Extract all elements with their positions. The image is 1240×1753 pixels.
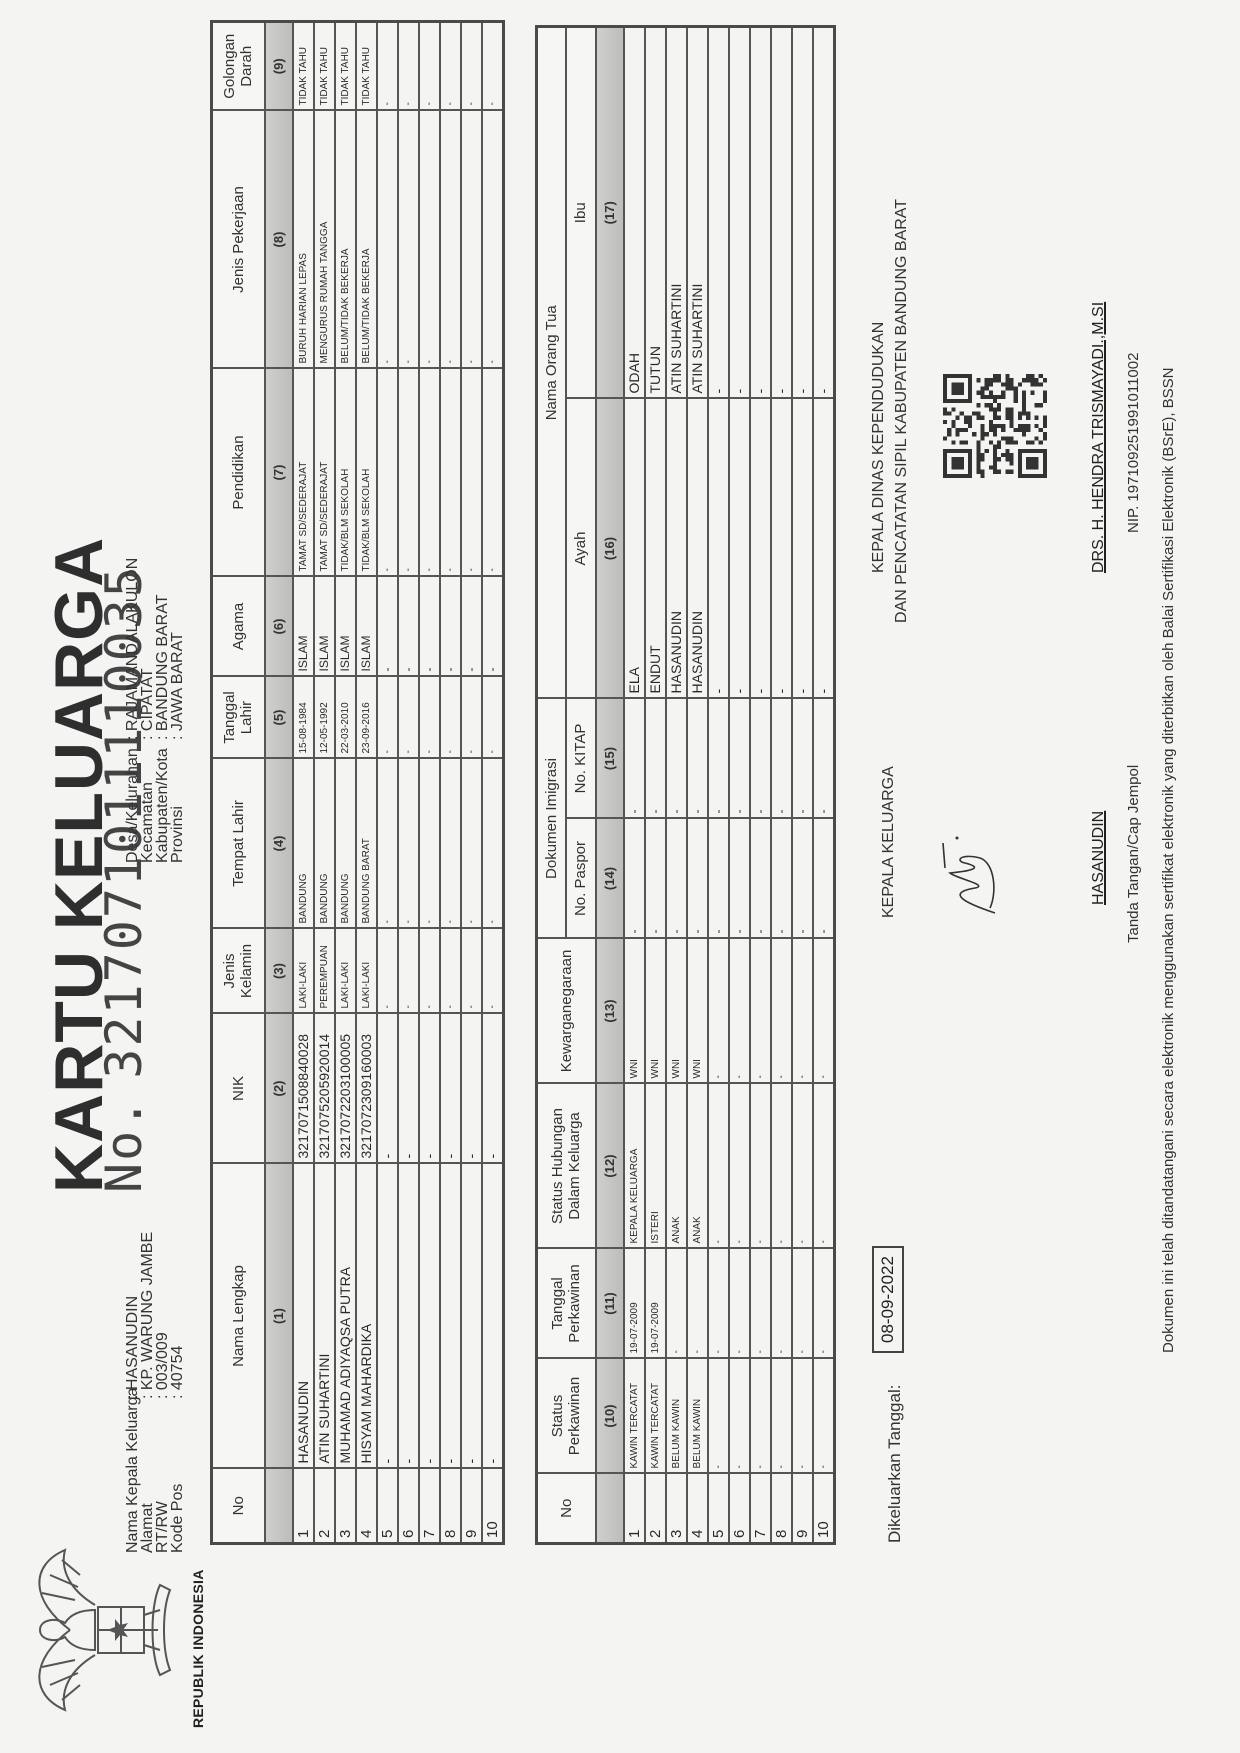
- members-table-column-numbers: (1)(2)(3)(4)(5)(6)(7)(8)(9): [265, 22, 293, 1544]
- table-cell: -: [813, 1359, 835, 1474]
- col-number: (2): [265, 1014, 293, 1164]
- family-head-title: KEPALA KELUARGA: [880, 766, 898, 918]
- table-row: 1KAWIN TERCATAT19-07-2009KEPALA KELUARGA…: [624, 27, 645, 1544]
- table-cell: -: [377, 759, 398, 929]
- table-cell: -: [750, 1359, 771, 1474]
- table-cell: -: [624, 699, 645, 819]
- table-cell: BANDUNG: [335, 759, 356, 929]
- col-ayah: Ayah: [566, 399, 596, 699]
- table-cell: -: [750, 939, 771, 1084]
- table-cell: ELA: [624, 399, 645, 699]
- table-cell: -: [729, 939, 750, 1084]
- status-table-body: 1KAWIN TERCATAT19-07-2009KEPALA KELUARGA…: [624, 27, 835, 1544]
- table-row: 2KAWIN TERCATAT19-07-2009ISTERIWNI--ENDU…: [645, 27, 666, 1544]
- table-cell: ISLAM: [356, 577, 377, 677]
- table-cell: 7: [419, 1469, 440, 1544]
- col-number: [265, 1469, 293, 1544]
- table-cell: -: [482, 369, 504, 577]
- table-cell: 1: [293, 1469, 314, 1544]
- table-cell: -: [708, 939, 729, 1084]
- table-cell: -: [419, 369, 440, 577]
- col-group-nama-orang-tua: Nama Orang Tua: [537, 27, 566, 699]
- family-head-info: Nama Kepala KeluargaHASANUDIN AlamatKP. …: [125, 1232, 185, 1553]
- table-cell: 8: [771, 1474, 792, 1544]
- table-cell: 15-08-1984: [293, 677, 314, 759]
- table-cell: 2: [645, 1474, 666, 1544]
- table-cell: ATIN SUHARTINI: [314, 1164, 335, 1469]
- table-cell: -: [666, 699, 687, 819]
- table-cell: BANDUNG: [293, 759, 314, 929]
- col-number: (15): [596, 699, 624, 819]
- table-cell: -: [398, 22, 419, 111]
- col-number: (3): [265, 929, 293, 1014]
- table-row: 7--------: [750, 27, 771, 1544]
- table-cell: -: [708, 1359, 729, 1474]
- table-cell: 22-03-2010: [335, 677, 356, 759]
- table-cell: 12-05-1992: [314, 677, 335, 759]
- kk-number-label: No.: [95, 1097, 153, 1193]
- table-row: 3BELUM KAWIN-ANAKWNI--HASANUDINATIN SUHA…: [666, 27, 687, 1544]
- table-cell: -: [482, 1014, 504, 1164]
- table-cell: ATIN SUHARTINI: [666, 27, 687, 399]
- table-cell: WNI: [666, 939, 687, 1084]
- official-nip: NIP. 197109251991011002: [1125, 353, 1142, 533]
- info-row-head-name: Nama Kepala KeluargaHASANUDIN: [125, 1232, 140, 1553]
- table-cell: -: [708, 1249, 729, 1359]
- info-row-rtrw: RT/RW003/009: [155, 1232, 170, 1553]
- table-cell: -: [645, 699, 666, 819]
- col-number: (11): [596, 1249, 624, 1359]
- table-cell: -: [708, 819, 729, 939]
- table-cell: -: [729, 699, 750, 819]
- col-number: (12): [596, 1084, 624, 1249]
- table-cell: -: [708, 699, 729, 819]
- table-cell: -: [377, 577, 398, 677]
- table-cell: 4: [687, 1474, 708, 1544]
- issued-date: 08-09-2022: [872, 1246, 904, 1353]
- col-header: NIK: [212, 1014, 265, 1164]
- table-cell: 5: [377, 1469, 398, 1544]
- table-cell: LAKI-LAKI: [293, 929, 314, 1014]
- status-table-header-top: No Status Perkawinan Tanggal Perkawinan …: [537, 27, 566, 1544]
- table-cell: -: [482, 111, 504, 369]
- col-number: [596, 1474, 624, 1544]
- table-cell: -: [440, 111, 461, 369]
- table-cell: -: [419, 22, 440, 111]
- table-cell: -: [813, 819, 835, 939]
- table-cell: LAKI-LAKI: [356, 929, 377, 1014]
- col-header: No: [212, 1469, 265, 1544]
- table-cell: ISLAM: [335, 577, 356, 677]
- table-cell: WNI: [645, 939, 666, 1084]
- table-cell: 3217071508840028: [293, 1014, 314, 1164]
- table-cell: -: [482, 677, 504, 759]
- official-name: DRS. H. HENDRA TRISMAYADI.,M.SI: [1090, 302, 1108, 573]
- table-cell: -: [792, 1084, 813, 1249]
- table-row: 6--------: [729, 27, 750, 1544]
- table-cell: -: [419, 929, 440, 1014]
- table-cell: -: [771, 399, 792, 699]
- table-cell: -: [419, 1164, 440, 1469]
- table-cell: -: [461, 677, 482, 759]
- family-head-name: HASANUDIN: [1090, 811, 1108, 905]
- table-cell: -: [482, 759, 504, 929]
- table-cell: ENDUT: [645, 399, 666, 699]
- table-cell: TAMAT SD/SEDERAJAT: [314, 369, 335, 577]
- col-number: (9): [265, 22, 293, 111]
- table-cell: TIDAK TAHU: [293, 22, 314, 111]
- table-cell: TIDAK/BLM SEKOLAH: [335, 369, 356, 577]
- table-cell: -: [708, 27, 729, 399]
- table-cell: -: [750, 1084, 771, 1249]
- table-cell: -: [771, 1084, 792, 1249]
- table-cell: -: [813, 1084, 835, 1249]
- table-cell: ISLAM: [314, 577, 335, 677]
- table-cell: 3217072203100005: [335, 1014, 356, 1164]
- table-cell: -: [398, 577, 419, 677]
- table-cell: ANAK: [666, 1084, 687, 1249]
- col-number: (10): [596, 1359, 624, 1474]
- region-info: Desa/KelurahanRAJAMANDALAKULON Kecamatan…: [125, 558, 185, 863]
- signature-icon: [935, 833, 1005, 923]
- table-cell: 3: [335, 1469, 356, 1544]
- table-row: 6---------: [398, 22, 419, 1544]
- table-cell: -: [750, 1249, 771, 1359]
- col-number: (1): [265, 1164, 293, 1469]
- electronic-signature-disclaimer: Dokumen ini telah ditandatangani secara …: [1160, 367, 1177, 1353]
- table-cell: 7: [750, 1474, 771, 1544]
- table-cell: -: [377, 1164, 398, 1469]
- table-cell: -: [377, 677, 398, 759]
- issued-date-label: Dikeluarkan Tanggal:: [885, 1385, 905, 1543]
- table-cell: TIDAK TAHU: [335, 22, 356, 111]
- table-cell: -: [377, 369, 398, 577]
- table-cell: ODAH: [624, 27, 645, 399]
- table-cell: KEPALA KELUARGA: [624, 1084, 645, 1249]
- table-cell: -: [750, 27, 771, 399]
- table-cell: PEREMPUAN: [314, 929, 335, 1014]
- table-cell: -: [708, 399, 729, 699]
- table-cell: -: [419, 577, 440, 677]
- table-cell: -: [792, 1249, 813, 1359]
- table-cell: -: [813, 699, 835, 819]
- table-cell: -: [792, 819, 813, 939]
- members-table: NoNama LengkapNIKJenis KelaminTempat Lah…: [210, 20, 505, 1545]
- table-cell: -: [813, 27, 835, 399]
- table-cell: -: [461, 1014, 482, 1164]
- table-cell: -: [813, 399, 835, 699]
- col-no: No: [537, 1474, 596, 1544]
- official-title-line-2: DAN PENCATATAN SIPIL KABUPATEN BANDUNG B…: [893, 199, 911, 623]
- info-row-address: AlamatKP. WARUNG JAMBE: [140, 1232, 155, 1553]
- info-row-district: KecamatanCIPATAT: [140, 558, 155, 863]
- table-cell: 10: [482, 1469, 504, 1544]
- table-cell: -: [440, 759, 461, 929]
- table-row: 5--------: [708, 27, 729, 1544]
- table-cell: -: [440, 1164, 461, 1469]
- table-cell: -: [708, 1084, 729, 1249]
- table-cell: 19-07-2009: [645, 1249, 666, 1359]
- table-cell: WNI: [624, 939, 645, 1084]
- table-cell: -: [461, 1164, 482, 1469]
- table-row: 3MUHAMAD ADIYAQSA PUTRA3217072203100005L…: [335, 22, 356, 1544]
- col-ibu: Ibu: [566, 27, 596, 399]
- table-cell: HASANUDIN: [666, 399, 687, 699]
- table-cell: -: [792, 27, 813, 399]
- col-header: Pendidikan: [212, 369, 265, 577]
- table-cell: -: [461, 929, 482, 1014]
- table-cell: -: [440, 1014, 461, 1164]
- kartu-keluarga-document: REPUBLIK INDONESIA KARTU KELUARGA No.321…: [0, 0, 1240, 1753]
- col-status-hubungan: Status Hubungan Dalam Keluarga: [537, 1084, 596, 1249]
- col-number: (4): [265, 759, 293, 929]
- table-cell: KAWIN TERCATAT: [624, 1359, 645, 1474]
- col-number: (5): [265, 677, 293, 759]
- table-cell: -: [482, 1164, 504, 1469]
- status-table-column-numbers: (10)(11)(12)(13)(14)(15)(16)(17): [596, 27, 624, 1544]
- table-row: 9---------: [461, 22, 482, 1544]
- table-row: 7---------: [419, 22, 440, 1544]
- table-cell: 3217072309160003: [356, 1014, 377, 1164]
- table-cell: LAKI-LAKI: [335, 929, 356, 1014]
- table-cell: -: [792, 399, 813, 699]
- table-cell: BELUM/TIDAK BEKERJA: [335, 111, 356, 369]
- table-cell: -: [398, 929, 419, 1014]
- official-title-line-1: KEPALA DINAS KEPENDUDUKAN: [870, 322, 888, 573]
- table-cell: -: [398, 1014, 419, 1164]
- col-no-kitap: No. KITAP: [566, 699, 596, 819]
- table-cell: -: [440, 22, 461, 111]
- table-cell: -: [482, 22, 504, 111]
- table-cell: -: [792, 939, 813, 1084]
- table-cell: -: [461, 759, 482, 929]
- col-no-paspor: No. Paspor: [566, 819, 596, 939]
- table-cell: -: [482, 929, 504, 1014]
- col-header: Nama Lengkap: [212, 1164, 265, 1469]
- col-header: Jenis Kelamin: [212, 929, 265, 1014]
- table-cell: -: [377, 1014, 398, 1164]
- table-cell: ANAK: [687, 1084, 708, 1249]
- table-cell: -: [750, 819, 771, 939]
- table-cell: BANDUNG BARAT: [356, 759, 377, 929]
- table-cell: 10: [813, 1474, 835, 1544]
- table-cell: -: [771, 939, 792, 1084]
- col-group-dokumen-imigrasi: Dokumen Imigrasi: [537, 699, 566, 939]
- table-cell: KAWIN TERCATAT: [645, 1359, 666, 1474]
- table-cell: ATIN SUHARTINI: [687, 27, 708, 399]
- col-header: Jenis Pekerjaan: [212, 111, 265, 369]
- table-cell: 19-07-2009: [624, 1249, 645, 1359]
- table-cell: BELUM KAWIN: [666, 1359, 687, 1474]
- table-cell: TAMAT SD/SEDERAJAT: [293, 369, 314, 577]
- col-number: (8): [265, 111, 293, 369]
- table-cell: -: [482, 577, 504, 677]
- table-cell: -: [440, 929, 461, 1014]
- col-number: (7): [265, 369, 293, 577]
- table-cell: 3: [666, 1474, 687, 1544]
- members-table-header: NoNama LengkapNIKJenis KelaminTempat Lah…: [212, 22, 265, 1544]
- table-cell: BANDUNG: [314, 759, 335, 929]
- table-cell: -: [729, 819, 750, 939]
- table-cell: -: [813, 1249, 835, 1359]
- table-cell: -: [461, 111, 482, 369]
- table-cell: -: [771, 1359, 792, 1474]
- table-cell: -: [666, 819, 687, 939]
- table-cell: -: [398, 759, 419, 929]
- table-cell: -: [461, 577, 482, 677]
- table-cell: 6: [729, 1474, 750, 1544]
- table-cell: -: [813, 939, 835, 1084]
- table-cell: -: [461, 22, 482, 111]
- members-status-table: No Status Perkawinan Tanggal Perkawinan …: [535, 25, 836, 1545]
- table-cell: -: [398, 677, 419, 759]
- table-cell: -: [792, 699, 813, 819]
- col-number: (16): [596, 399, 624, 699]
- table-cell: MUHAMAD ADIYAQSA PUTRA: [335, 1164, 356, 1469]
- col-header: Tanggal Lahir: [212, 677, 265, 759]
- table-row: 8--------: [771, 27, 792, 1544]
- col-number: (14): [596, 819, 624, 939]
- table-cell: -: [624, 819, 645, 939]
- info-row-village: Desa/KelurahanRAJAMANDALAKULON: [125, 558, 140, 863]
- col-header: Agama: [212, 577, 265, 677]
- garuda-emblem-icon: [10, 1545, 200, 1715]
- table-cell: -: [398, 111, 419, 369]
- table-cell: WNI: [687, 939, 708, 1084]
- info-row-postal: Kode Pos40754: [170, 1232, 185, 1553]
- table-row: 4HISYAM MAHARDIKA3217072309160003LAKI-LA…: [356, 22, 377, 1544]
- col-number: (17): [596, 27, 624, 399]
- table-cell: -: [398, 1164, 419, 1469]
- table-cell: 6: [398, 1469, 419, 1544]
- table-cell: -: [440, 677, 461, 759]
- table-cell: -: [377, 929, 398, 1014]
- col-header: Tempat Lahir: [212, 759, 265, 929]
- table-cell: -: [750, 699, 771, 819]
- table-cell: 5: [708, 1474, 729, 1544]
- table-cell: -: [666, 1249, 687, 1359]
- table-cell: 9: [461, 1469, 482, 1544]
- table-cell: -: [687, 819, 708, 939]
- col-kewarganegaraan: Kewarganegaraan: [537, 939, 596, 1084]
- table-cell: -: [398, 369, 419, 577]
- table-cell: 23-09-2016: [356, 677, 377, 759]
- table-cell: HASANUDIN: [293, 1164, 314, 1469]
- table-cell: HASANUDIN: [687, 399, 708, 699]
- table-cell: -: [750, 399, 771, 699]
- table-cell: -: [419, 677, 440, 759]
- table-cell: -: [771, 699, 792, 819]
- table-cell: 3217075205920014: [314, 1014, 335, 1164]
- table-cell: -: [440, 369, 461, 577]
- table-cell: -: [687, 1249, 708, 1359]
- table-cell: -: [792, 1359, 813, 1474]
- table-cell: -: [377, 111, 398, 369]
- table-cell: -: [771, 819, 792, 939]
- table-cell: ISTERI: [645, 1084, 666, 1249]
- table-row: 2ATIN SUHARTINI3217075205920014PEREMPUAN…: [314, 22, 335, 1544]
- col-tanggal-perkawinan: Tanggal Perkawinan: [537, 1249, 596, 1359]
- table-cell: TIDAK TAHU: [314, 22, 335, 111]
- table-cell: -: [440, 577, 461, 677]
- table-row: 5---------: [377, 22, 398, 1544]
- table-cell: -: [687, 699, 708, 819]
- col-header: Golongan Darah: [212, 22, 265, 111]
- table-cell: TUTUN: [645, 27, 666, 399]
- table-cell: -: [729, 1359, 750, 1474]
- col-number: (6): [265, 577, 293, 677]
- table-cell: TIDAK TAHU: [356, 22, 377, 111]
- info-row-province: ProvinsiJAWA BARAT: [170, 558, 185, 863]
- table-cell: -: [771, 1249, 792, 1359]
- table-cell: -: [729, 1249, 750, 1359]
- table-cell: ISLAM: [293, 577, 314, 677]
- signature-label: Tanda Tangan/Cap Jempol: [1125, 765, 1142, 943]
- table-cell: HISYAM MAHARDIKA: [356, 1164, 377, 1469]
- table-cell: TIDAK/BLM SEKOLAH: [356, 369, 377, 577]
- table-cell: MENGURUS RUMAH TANGGA: [314, 111, 335, 369]
- table-cell: BURUH HARIAN LEPAS: [293, 111, 314, 369]
- table-cell: -: [419, 1014, 440, 1164]
- table-cell: -: [729, 399, 750, 699]
- col-number: (13): [596, 939, 624, 1084]
- table-cell: -: [729, 1084, 750, 1249]
- members-table-body: 1HASANUDIN3217071508840028LAKI-LAKIBANDU…: [293, 22, 504, 1544]
- table-row: 1HASANUDIN3217071508840028LAKI-LAKIBANDU…: [293, 22, 314, 1544]
- table-cell: -: [771, 27, 792, 399]
- table-row: 10---------: [482, 22, 504, 1544]
- table-cell: 2: [314, 1469, 335, 1544]
- table-cell: -: [645, 819, 666, 939]
- table-cell: 1: [624, 1474, 645, 1544]
- table-cell: BELUM/TIDAK BEKERJA: [356, 111, 377, 369]
- table-row: 4BELUM KAWIN-ANAKWNI--HASANUDINATIN SUHA…: [687, 27, 708, 1544]
- table-cell: -: [419, 759, 440, 929]
- table-row: 10--------: [813, 27, 835, 1544]
- table-cell: 8: [440, 1469, 461, 1544]
- table-cell: 9: [792, 1474, 813, 1544]
- table-row: 8---------: [440, 22, 461, 1544]
- table-row: 9--------: [792, 27, 813, 1544]
- table-cell: -: [729, 27, 750, 399]
- table-cell: BELUM KAWIN: [687, 1359, 708, 1474]
- table-cell: -: [377, 22, 398, 111]
- table-cell: 4: [356, 1469, 377, 1544]
- country-label: REPUBLIK INDONESIA: [190, 1569, 206, 1728]
- info-row-regency: Kabupaten/KotaBANDUNG BARAT: [155, 558, 170, 863]
- col-status-perkawinan: Status Perkawinan: [537, 1359, 596, 1474]
- table-cell: -: [461, 369, 482, 577]
- qr-code-icon: [935, 374, 1055, 478]
- table-cell: -: [419, 111, 440, 369]
